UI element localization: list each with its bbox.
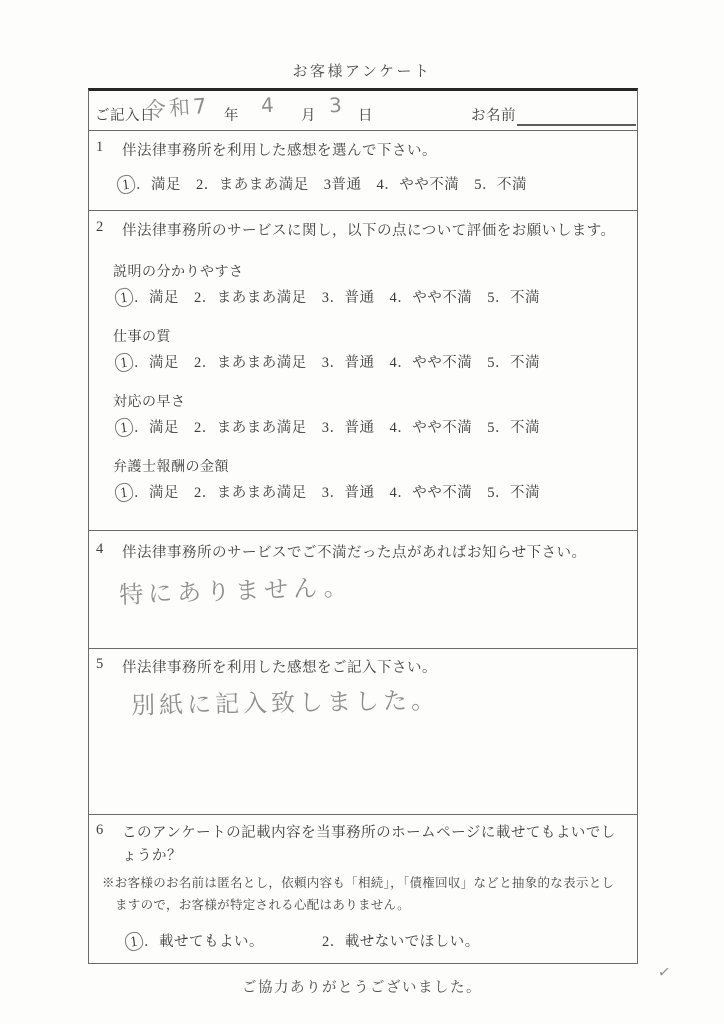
question-text: 伴法律事務所を利用した感想をご記入下さい。 <box>122 656 437 677</box>
option-number: 2 <box>194 290 202 306</box>
name-underline <box>517 124 636 126</box>
option-number: 1 <box>129 934 139 951</box>
option-label: ．満足 <box>134 355 179 371</box>
selected-answer-circle: 1 <box>116 174 136 195</box>
date-name-row: ご記入日 令和7 年 4 月 3 日 お名前 <box>89 91 637 131</box>
option-label: ．普通 <box>330 485 375 501</box>
rating-option: 5．不満 <box>487 351 540 372</box>
rating-item: 対応の早さ 1．満足 2．まあまあ満足 3．普通 4．やや不満 5．不満 <box>113 391 540 437</box>
option-number: 3 <box>322 355 330 371</box>
option-label: ．やや不満 <box>384 177 459 193</box>
footer-thanks: ご協力ありがとうございました。 <box>0 976 724 997</box>
publish-option-selected: 1．載せてもよい。 <box>125 930 264 951</box>
option-number: 1 <box>119 485 129 502</box>
option-label: ．満足 <box>134 290 179 306</box>
rating-item-label: 仕事の質 <box>113 326 540 346</box>
selected-answer-circle: 1 <box>114 482 134 503</box>
rating-option-selected: 1．満足 <box>115 286 179 307</box>
question-number: 6 <box>96 822 122 868</box>
check-mark-annotation: ✓ <box>657 962 672 982</box>
question-text: 伴法律事務所のサービスでご不満だった点があればお知らせ下さい。 <box>122 541 587 562</box>
publish-options: 1．載せてもよい。 2．載せないでほしい。 <box>125 930 480 951</box>
option-label: ．満足 <box>134 420 179 436</box>
handwritten-answer: 特にありません。 <box>118 567 353 610</box>
question-6-section: 6 このアンケートの記載内容を当事務所のホームページに載せてもよいでしょうか？ … <box>89 815 637 962</box>
option-number: 5 <box>487 485 495 501</box>
question-1-section: 1 伴法律事務所を利用した感想を選んで下さい。 1．満足 2．まあまあ満足 3普… <box>89 131 637 211</box>
option-number: 5 <box>487 420 495 436</box>
question-text: 伴法律事務所のサービスに関し，以下の点について評価をお願いします。 <box>122 219 616 240</box>
rating-item: 弁護士報酬の金額 1．満足 2．まあまあ満足 3．普通 4．やや不満 5．不満 <box>113 456 540 502</box>
option-number: 2 <box>322 934 330 950</box>
rating-option: 5．不満 <box>474 173 527 194</box>
option-label: ．まあまあ満足 <box>202 290 307 306</box>
rating-item-label: 弁護士報酬の金額 <box>113 456 540 476</box>
question-2-section: 2 伴法律事務所のサービスに関し，以下の点について評価をお願いします。 説明の分… <box>89 211 637 531</box>
rating-option: 2．まあまあ満足 <box>196 173 309 194</box>
selected-answer-circle: 1 <box>124 931 144 952</box>
question-number: 5 <box>96 656 122 677</box>
name-label: お名前 <box>471 104 516 125</box>
rating-options: 1．満足 2．まあまあ満足 3普通 4．やや不満 5．不満 <box>117 173 527 194</box>
rating-option: 2．まあまあ満足 <box>194 481 307 502</box>
option-number: 5 <box>487 290 495 306</box>
option-label: ．まあまあ満足 <box>204 177 309 193</box>
rating-option: 5．不満 <box>487 481 540 502</box>
rating-option: 3．普通 <box>322 351 375 372</box>
selected-answer-circle: 1 <box>114 287 134 308</box>
rating-option: 4．やや不満 <box>390 416 473 437</box>
month-handwriting: 4 <box>260 93 277 118</box>
option-number: 5 <box>474 177 482 193</box>
question-4-section: 4 伴法律事務所のサービスでご不満だった点があればお知らせ下さい。 特にありませ… <box>89 531 637 649</box>
option-label: ．やや不満 <box>397 290 472 306</box>
selected-answer-circle: 1 <box>114 417 134 438</box>
survey-table: ご記入日 令和7 年 4 月 3 日 お名前 1 伴法律事務所を利用した感想を選… <box>88 88 638 964</box>
option-number: 3 <box>322 485 330 501</box>
option-number: 2 <box>194 355 202 371</box>
rating-option: 2．まあまあ満足 <box>194 286 307 307</box>
scanned-survey-page: お客様アンケート ご記入日 令和7 年 4 月 3 日 お名前 1 伴法律事務所… <box>0 0 724 1024</box>
question-number: 2 <box>96 219 122 240</box>
rating-option: 4．やや不満 <box>390 351 473 372</box>
option-number: 3 <box>322 290 330 306</box>
option-label: ．普通 <box>330 355 375 371</box>
option-label: ．普通 <box>330 420 375 436</box>
rating-option: 3普通 <box>324 173 362 194</box>
option-number: 3 <box>322 420 330 436</box>
era-year-handwriting: 令和7 <box>144 90 210 124</box>
rating-options: 1．満足 2．まあまあ満足 3．普通 4．やや不満 5．不満 <box>115 351 540 372</box>
option-label: ．不満 <box>482 177 527 193</box>
option-label: ．満足 <box>136 177 181 193</box>
rating-item: 仕事の質 1．満足 2．まあまあ満足 3．普通 4．やや不満 5．不満 <box>113 326 540 372</box>
rating-options: 1．満足 2．まあまあ満足 3．普通 4．やや不満 5．不満 <box>115 416 540 437</box>
rating-option: 2．まあまあ満足 <box>194 351 307 372</box>
option-label: ．不満 <box>495 420 540 436</box>
rating-option: 5．不満 <box>487 416 540 437</box>
option-number: 1 <box>119 290 129 307</box>
option-label: ．やや不満 <box>397 485 472 501</box>
day-handwriting: 3 <box>328 93 345 118</box>
option-label: ．普通 <box>330 290 375 306</box>
option-label: ．まあまあ満足 <box>202 355 307 371</box>
option-number: 1 <box>119 420 129 437</box>
option-label: ．やや不満 <box>397 355 472 371</box>
rating-option: 2．まあまあ満足 <box>194 416 307 437</box>
option-number: 2 <box>196 177 204 193</box>
rating-option: 4．やや不満 <box>390 286 473 307</box>
option-number: 1 <box>119 355 129 372</box>
rating-option-selected: 1．満足 <box>117 173 181 194</box>
option-label: ．不満 <box>495 355 540 371</box>
option-label: ．満足 <box>134 485 179 501</box>
privacy-note: ※お客様のお名前は匿名とし，依頼内容も「相続」，「債権回収」などと抽象的な表示と… <box>102 872 624 916</box>
option-label: ．載せてもよい。 <box>144 934 264 950</box>
year-unit-label: 年 <box>224 104 239 125</box>
option-label: ．まあまあ満足 <box>202 485 307 501</box>
option-label: ．不満 <box>495 485 540 501</box>
option-number: 2 <box>194 420 202 436</box>
rating-option: 3．普通 <box>322 416 375 437</box>
rating-item: 説明の分かりやすさ 1．満足 2．まあまあ満足 3．普通 4．やや不満 5．不満 <box>113 261 540 307</box>
option-number: 3 <box>324 177 332 193</box>
option-label: ．載せないでほしい。 <box>330 934 480 950</box>
month-unit-label: 月 <box>301 104 316 125</box>
option-label: ．まあまあ満足 <box>202 420 307 436</box>
rating-item-label: 説明の分かりやすさ <box>113 261 540 281</box>
option-label: ．やや不満 <box>397 420 472 436</box>
question-number: 1 <box>96 139 122 160</box>
option-number: 1 <box>121 177 131 194</box>
rating-item-label: 対応の早さ <box>113 391 540 411</box>
page-title: お客様アンケート <box>0 60 724 81</box>
rating-option: 4．やや不満 <box>377 173 460 194</box>
option-number: 2 <box>194 485 202 501</box>
question-text: 伴法律事務所を利用した感想を選んで下さい。 <box>122 139 437 160</box>
option-label: 普通 <box>332 177 362 193</box>
rating-option: 3．普通 <box>322 286 375 307</box>
question-5-section: 5 伴法律事務所を利用した感想をご記入下さい。 別紙に記入致しました。 <box>89 649 637 815</box>
selected-answer-circle: 1 <box>114 352 134 373</box>
publish-option: 2．載せないでほしい。 <box>322 930 480 951</box>
rating-option-selected: 1．満足 <box>115 351 179 372</box>
day-unit-label: 日 <box>358 104 373 125</box>
question-text: このアンケートの記載内容を当事務所のホームページに載せてもよいでしょうか？ <box>122 822 627 868</box>
rating-options: 1．満足 2．まあまあ満足 3．普通 4．やや不満 5．不満 <box>115 286 540 307</box>
rating-option: 3．普通 <box>322 481 375 502</box>
handwritten-answer: 別紙に記入致しました。 <box>131 680 440 720</box>
rating-options: 1．満足 2．まあまあ満足 3．普通 4．やや不満 5．不満 <box>115 481 540 502</box>
rating-option-selected: 1．満足 <box>115 416 179 437</box>
rating-option-selected: 1．満足 <box>115 481 179 502</box>
option-label: ．不満 <box>495 290 540 306</box>
rating-option: 5．不満 <box>487 286 540 307</box>
option-number: 5 <box>487 355 495 371</box>
rating-option: 4．やや不満 <box>390 481 473 502</box>
question-number: 4 <box>96 541 122 562</box>
